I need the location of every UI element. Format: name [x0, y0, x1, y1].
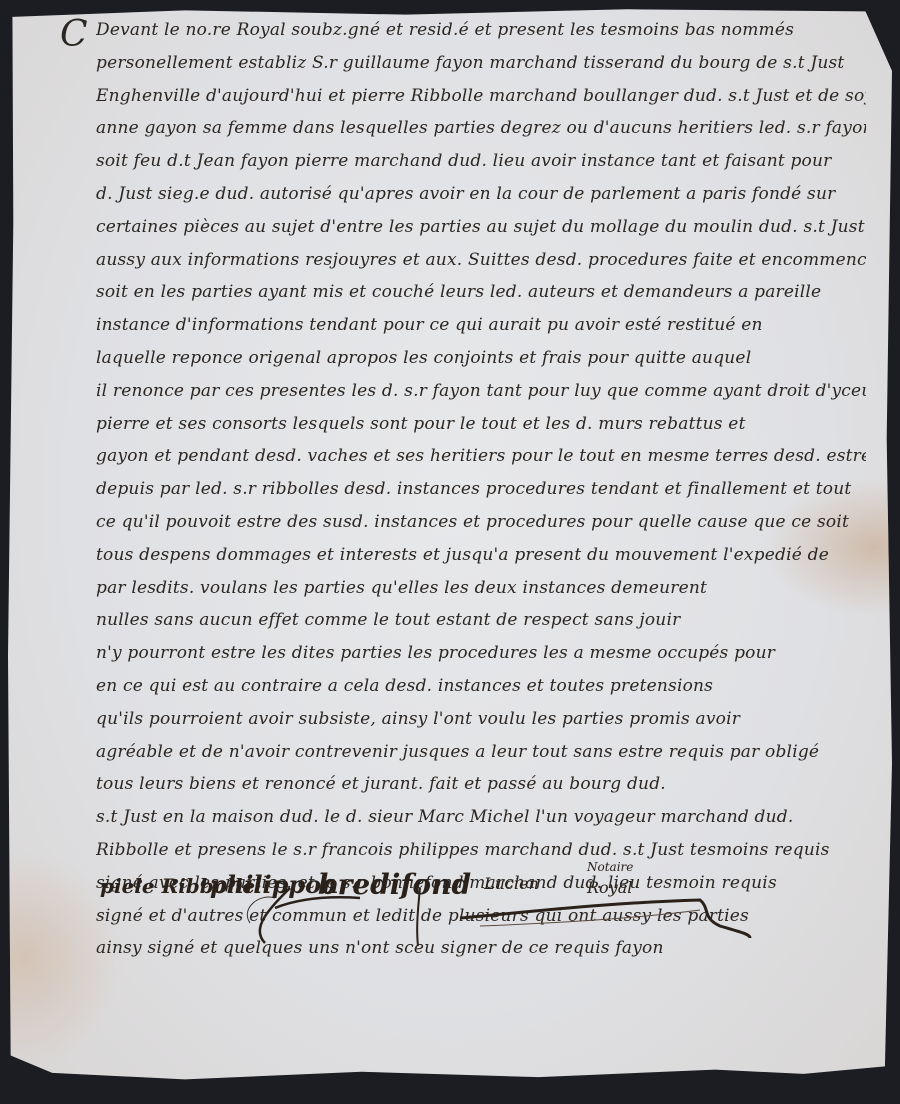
manuscript-line: depuis par led. s.r ribbolles desd. inst… [96, 473, 866, 506]
manuscript-line: il renonce par ces presentes les d. s.r … [96, 375, 866, 408]
signature-bredifond: bredifond [318, 868, 471, 901]
manuscript-line: qu'ils pourroient avoir subsiste, ainsy … [96, 703, 866, 736]
manuscript-body: Devant le no.re Royal soubz.gné et resid… [96, 14, 866, 965]
manuscript-line: n'y pourront estre les dites parties les… [96, 637, 866, 670]
manuscript-line: tous despens dommages et interests et ju… [96, 539, 866, 572]
notary-royal: Royal [587, 878, 632, 897]
manuscript-line: tous leurs biens et renoncé et jurant. f… [96, 768, 866, 801]
manuscript-line: pierre et ses consorts lesquels sont pou… [96, 408, 866, 441]
manuscript-line: nulles sans aucun effet comme le tout es… [96, 604, 866, 637]
manuscript-line: anne gayon sa femme dans lesquelles part… [96, 112, 866, 145]
manuscript-line: personellement establiz S.r guillaume fa… [96, 47, 866, 80]
manuscript-line: laquelle reponce origenal apropos les co… [96, 342, 866, 375]
manuscript-line: s.t Just en la maison dud. le d. sieur M… [96, 801, 866, 834]
manuscript-line: d. Just sieg.e dud. autorisé qu'apres av… [96, 178, 866, 211]
manuscript-line: Ribbolle et presens le s.r francois phil… [96, 834, 866, 867]
manuscript-line: Enghenville d'aujourd'hui et pierre Ribb… [96, 80, 866, 113]
notary-title: Notaire [587, 860, 633, 874]
manuscript-line: aussy aux informations resjouyres et aux… [96, 244, 866, 277]
manuscript-line: en ce qui est au contraire a cela desd. … [96, 670, 866, 703]
manuscript-line: soit en les parties ayant mis et couché … [96, 276, 866, 309]
signature-block: piele Ribbolle philippon bredifond Lucie… [100, 868, 820, 938]
manuscript-line: Devant le no.re Royal soubz.gné et resid… [96, 14, 866, 47]
signature-lucien: Lucien [484, 874, 539, 893]
manuscript-line: par lesdits. voulans les parties qu'elle… [96, 572, 866, 605]
manuscript-line: soit feu d.t Jean fayon pierre marchand … [96, 145, 866, 178]
manuscript-line: ce qu'il pouvoit estre des susd. instanc… [96, 506, 866, 539]
manuscript-line: certaines pièces au sujet d'entre les pa… [96, 211, 866, 244]
decorated-initial: C [60, 14, 88, 55]
manuscript-line: gayon et pendant desd. vaches et ses her… [96, 440, 866, 473]
manuscript-line: instance d'informations tendant pour ce … [96, 309, 866, 342]
manuscript-line: agréable et de n'avoir contrevenir jusqu… [96, 736, 866, 769]
